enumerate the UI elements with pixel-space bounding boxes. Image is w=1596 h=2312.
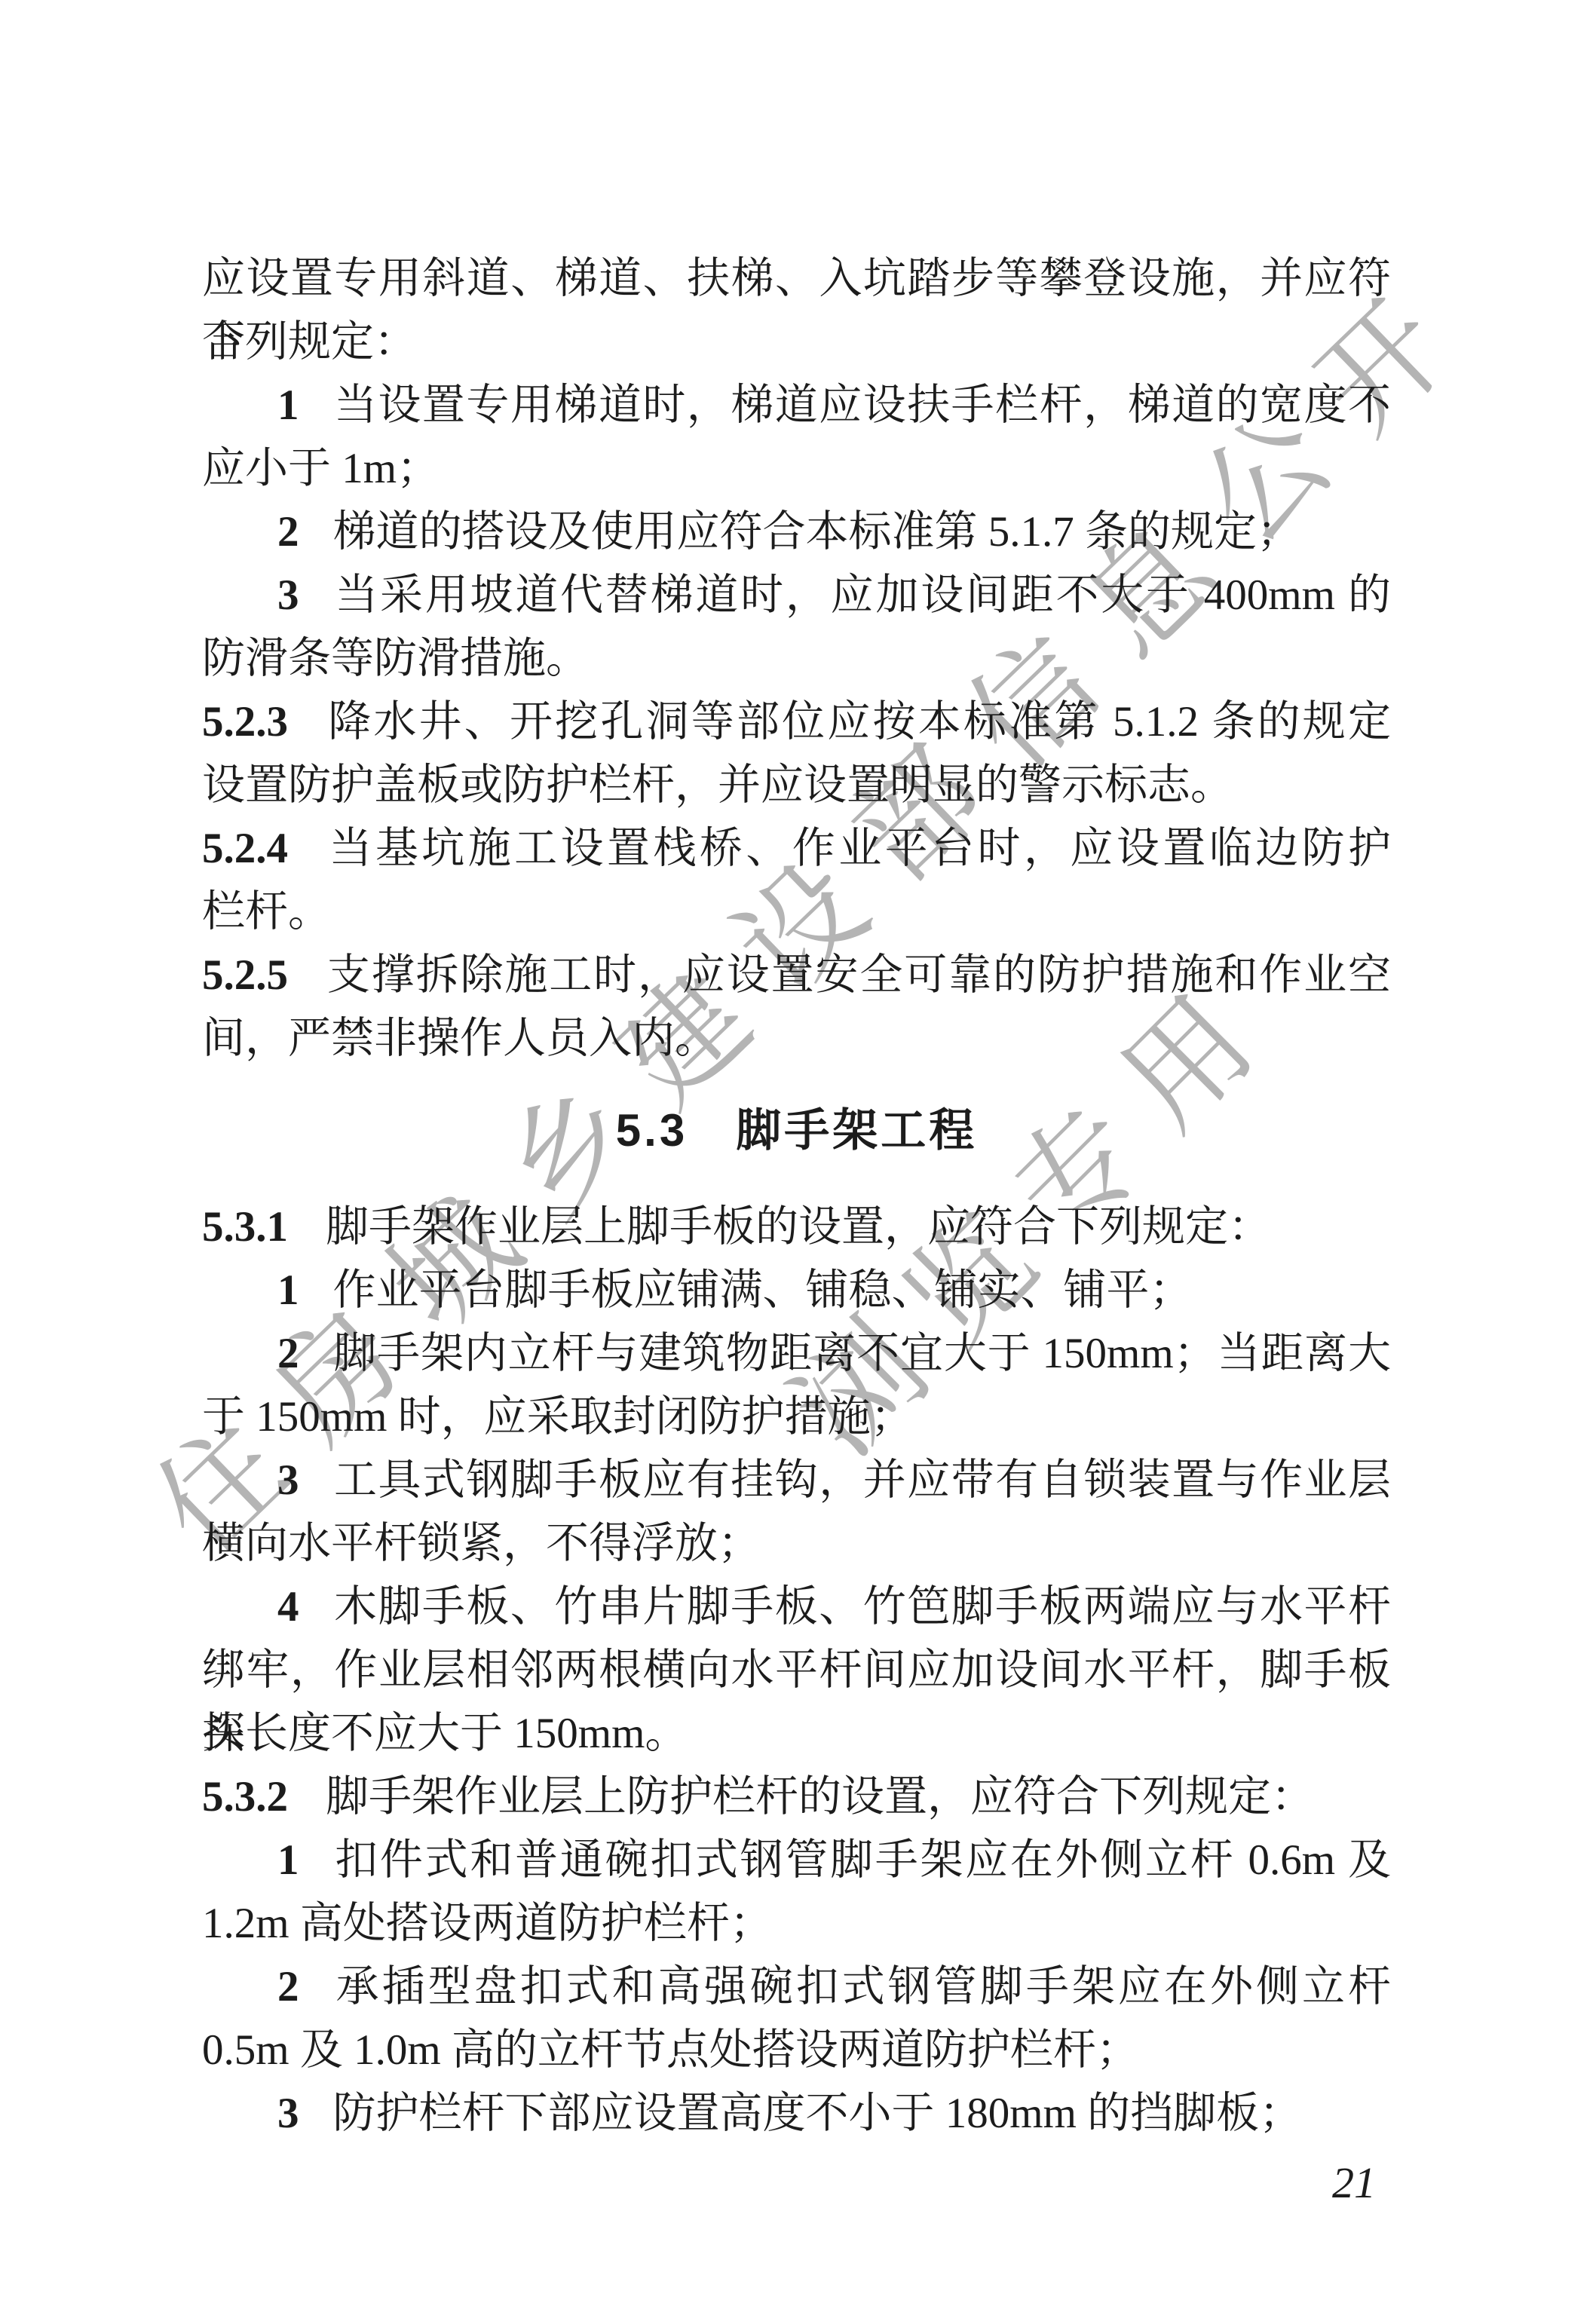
line-text: 防护栏杆下部应设置高度不小于 180mm 的挡脚板； [333, 2090, 1303, 2137]
text-line: 5.3.2脚手架作业层上防护栏杆的设置，应符合下列规定： [202, 1765, 1391, 1829]
item-number: 3 [277, 2090, 299, 2137]
text-line: 头长度不应大于 150mm。 [202, 1702, 1391, 1765]
text-line: 于 150mm 时，应采取封闭防护措施； [202, 1386, 1391, 1449]
text-line: 5.3.1脚手架作业层上脚手板的设置，应符合下列规定： [202, 1196, 1391, 1259]
line-text: 支撑拆除施工时，应设置安全可靠的防护措施和作业空 [326, 951, 1391, 999]
item-number: 3 [277, 571, 299, 619]
text-line: 绑牢，作业层相邻两根横向水平杆间应加设间水平杆，脚手板探 [202, 1639, 1391, 1702]
item-number: 2 [277, 1963, 299, 2010]
text-line: 0.5m 及 1.0m 高的立杆节点处搭设两道防护栏杆； [202, 2019, 1391, 2082]
clause-number: 5.2.3 [202, 698, 288, 746]
line-text: 当采用坡道代替梯道时，应加设间距不大于 400mm 的 [333, 571, 1392, 619]
line-text: 工具式钢脚手板应有挂钩，并应带有自锁装置与作业层 [333, 1456, 1392, 1504]
text-line: 1扣件式和普通碗扣式钢管脚手架应在外侧立杆 0.6m 及 [202, 1829, 1391, 1892]
clause-number: 5.3.2 [202, 1773, 288, 1821]
line-text: 脚手架作业层上防护栏杆的设置，应符合下列规定： [326, 1773, 1314, 1821]
line-text: 脚手架作业层上脚手板的设置，应符合下列规定： [326, 1203, 1271, 1251]
text-line: 2承插型盘扣式和高强碗扣式钢管脚手架应在外侧立杆 [202, 1955, 1391, 2019]
clause-number: 5.2.4 [202, 825, 288, 872]
text-line: 3工具式钢脚手板应有挂钩，并应带有自锁装置与作业层 [202, 1449, 1391, 1512]
text-line: 栏杆。 [202, 880, 1391, 944]
item-number: 4 [277, 1583, 299, 1631]
text-line: 应设置专用斜道、梯道、扶梯、入坑踏步等攀登设施，并应符合 [202, 247, 1391, 311]
text-line: 横向水平杆锁紧，不得浮放； [202, 1512, 1391, 1576]
item-number: 1 [277, 1266, 299, 1314]
item-number: 2 [277, 508, 299, 556]
text-line: 下列规定： [202, 311, 1391, 374]
text-line: 3防护栏杆下部应设置高度不小于 180mm 的挡脚板； [202, 2082, 1391, 2145]
text-line: 1.2m 高处搭设两道防护栏杆； [202, 1892, 1391, 1955]
text-line: 防滑条等防滑措施。 [202, 627, 1391, 691]
text-line: 1当设置专用梯道时，梯道应设扶手栏杆，梯道的宽度不 [202, 374, 1391, 437]
text-line: 设置防护盖板或防护栏杆，并应设置明显的警示标志。 [202, 754, 1391, 817]
text-line: 应小于 1m； [202, 437, 1391, 501]
line-text: 脚手架内立杆与建筑物距离不宜大于 150mm；当距离大 [333, 1330, 1392, 1377]
line-text: 承插型盘扣式和高强碗扣式钢管脚手架应在外侧立杆 [333, 1963, 1392, 2010]
text-line: 间，严禁非操作人员入内。 [202, 1007, 1391, 1070]
section-heading: 5.3 脚手架工程 [202, 1099, 1391, 1162]
item-number: 1 [277, 1836, 299, 1884]
text-line: 5.2.4当基坑施工设置栈桥、作业平台时，应设置临边防护 [202, 817, 1391, 880]
page-body: 应设置专用斜道、梯道、扶梯、入坑踏步等攀登设施，并应符合下列规定：1当设置专用梯… [202, 247, 1391, 2145]
line-text: 作业平台脚手板应铺满、铺稳、铺实、铺平； [333, 1266, 1193, 1314]
line-text: 梯道的搭设及使用应符合本标准第 5.1.7 条的规定； [333, 508, 1300, 556]
line-text: 扣件式和普通碗扣式钢管脚手架应在外侧立杆 0.6m 及 [333, 1836, 1392, 1884]
item-number: 1 [277, 381, 299, 429]
line-text: 降水井、开挖孔洞等部位应按本标准第 5.1.2 条的规定 [326, 698, 1391, 746]
text-line: 2梯道的搭设及使用应符合本标准第 5.1.7 条的规定； [202, 501, 1391, 564]
clause-number: 5.2.5 [202, 951, 288, 999]
line-text: 木脚手板、竹串片脚手板、竹笆脚手板两端应与水平杆 [333, 1583, 1392, 1631]
item-number: 2 [277, 1330, 299, 1377]
text-line: 5.2.3降水井、开挖孔洞等部位应按本标准第 5.1.2 条的规定 [202, 691, 1391, 754]
line-text: 当基坑施工设置栈桥、作业平台时，应设置临边防护 [326, 825, 1391, 872]
item-number: 3 [277, 1456, 299, 1504]
page-number: 21 [1332, 2157, 1376, 2208]
text-line: 5.2.5支撑拆除施工时，应设置安全可靠的防护措施和作业空 [202, 944, 1391, 1007]
clause-number: 5.3.1 [202, 1203, 288, 1251]
document-page: 住房城乡建设部信息公开 浏览专用 应设置专用斜道、梯道、扶梯、入坑踏步等攀登设施… [0, 0, 1596, 2312]
text-line: 2脚手架内立杆与建筑物距离不宜大于 150mm；当距离大 [202, 1322, 1391, 1386]
text-line: 4木脚手板、竹串片脚手板、竹笆脚手板两端应与水平杆 [202, 1576, 1391, 1639]
text-line: 3当采用坡道代替梯道时，应加设间距不大于 400mm 的 [202, 564, 1391, 627]
line-text: 当设置专用梯道时，梯道应设扶手栏杆，梯道的宽度不 [333, 381, 1392, 429]
text-line: 1作业平台脚手板应铺满、铺稳、铺实、铺平； [202, 1259, 1391, 1322]
